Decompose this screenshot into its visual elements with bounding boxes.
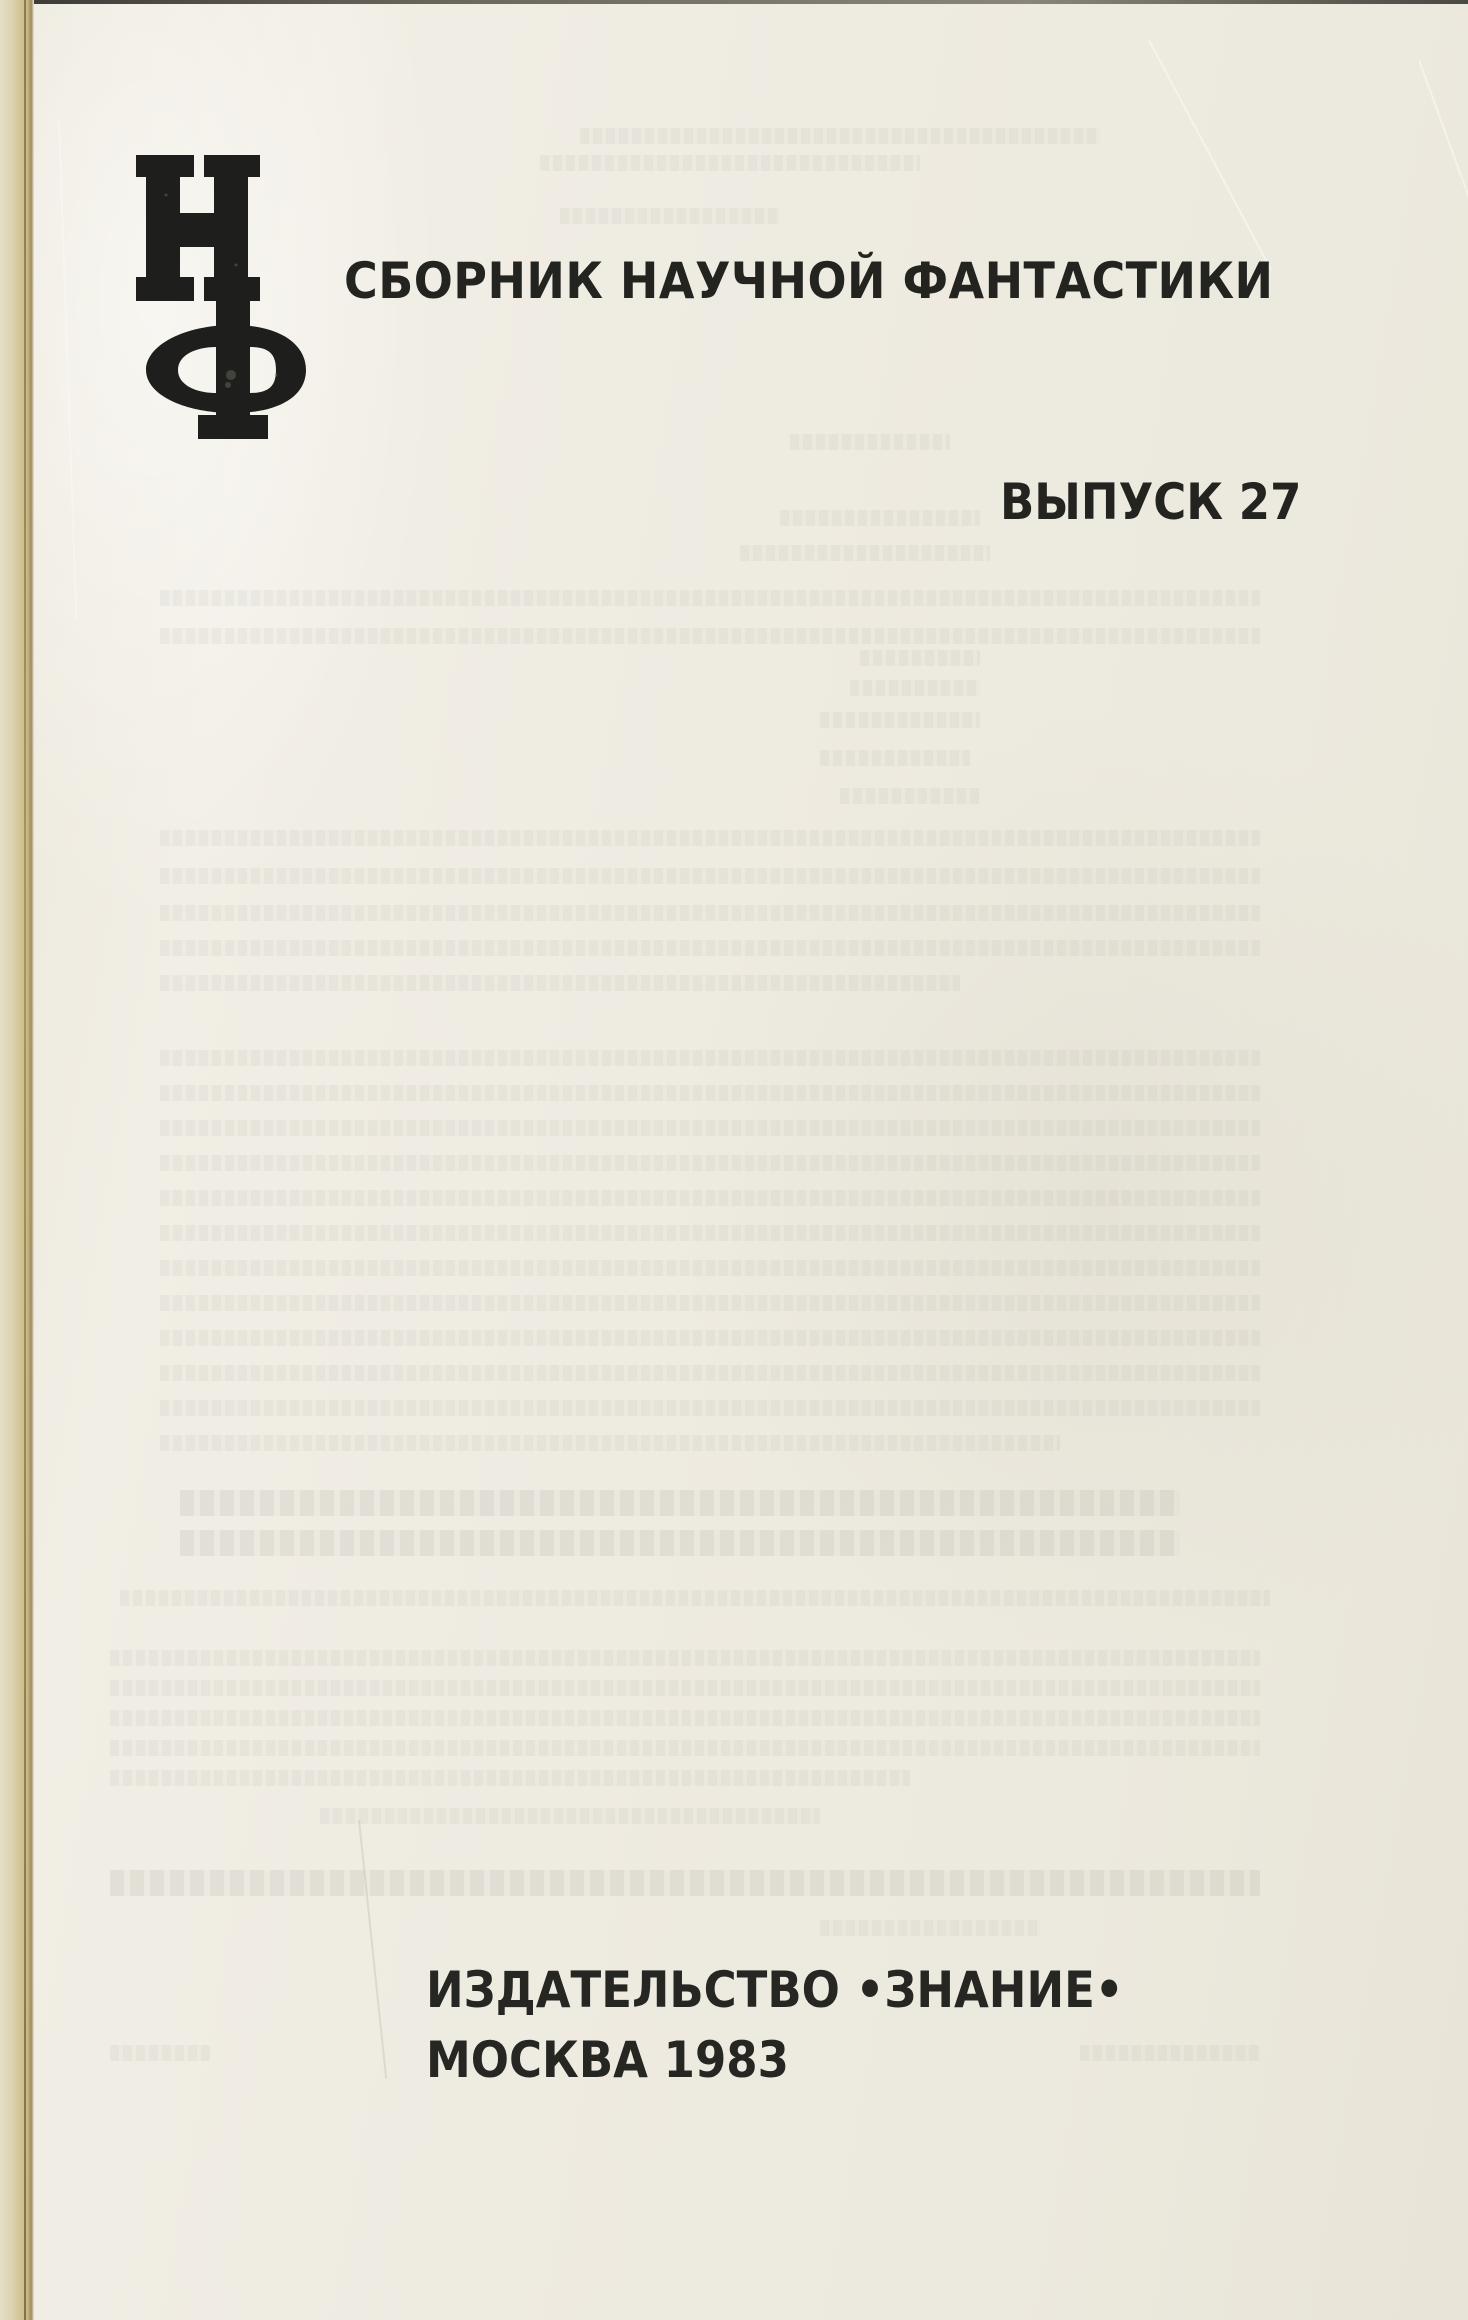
nf-logo [136, 155, 306, 445]
issue-number: ВЫПУСК 27 [1000, 473, 1301, 531]
publisher-name: ИЗДАТЕЛЬСТВО •ЗНАНИЕ• [426, 1955, 1124, 2025]
imprint: ИЗДАТЕЛЬСТВО •ЗНАНИЕ• МОСКВА 1983 [426, 1955, 1124, 2095]
binding-fold-line [24, 0, 26, 2320]
page-top-edge [0, 0, 1468, 4]
series-title: СБОРНИК НАУЧНОЙ ФАНТАСТИКИ [344, 252, 1274, 310]
binding-strip [0, 0, 34, 2320]
city-year: МОСКВА 1983 [426, 2025, 1124, 2095]
nf-monogram-icon [136, 155, 306, 445]
